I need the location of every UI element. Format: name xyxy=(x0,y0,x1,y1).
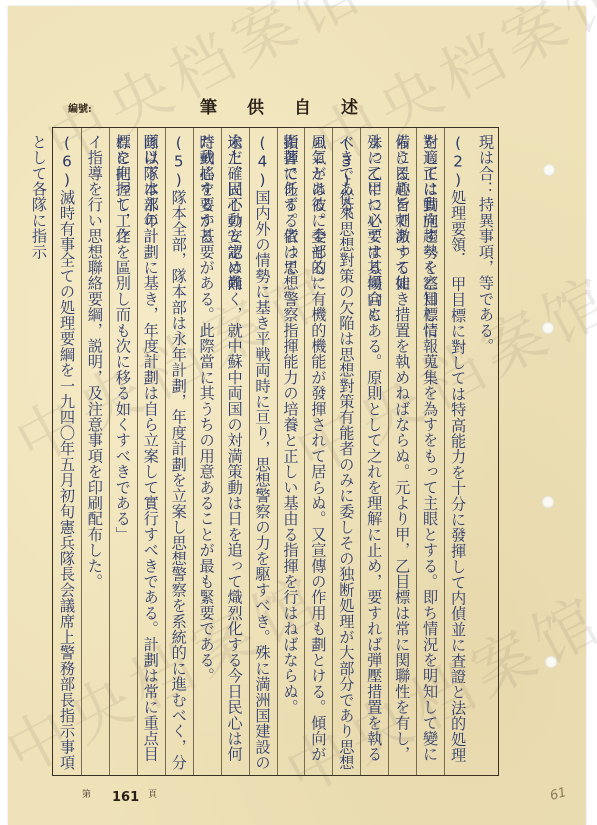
column-text: (2)処理要領． 甲目標に對しては特高能力を十分に發揮して内偵並に査證と法的処理… xyxy=(445,134,472,775)
column-text: だ戒心を要する要がある。此際當に其うちの用意あることが最も緊要である。 xyxy=(194,134,221,684)
text-column: だ戒心を要する要がある。此際當に其うちの用意あることが最も緊要である。 xyxy=(193,128,221,775)
column-text: れに向って工作を區別し而も次に移る如くすべきである」 xyxy=(110,134,137,542)
document-title: 筆供自述 xyxy=(200,93,388,118)
column-text: (4)国内外の情勢に基き平戦両時に亘り，思想警察の力を駆すべき。殊に満洲国建設の… xyxy=(250,134,277,775)
text-column: イ指導を行い思想聯絡要綱，説明，及注意事項を印刷配布した。 xyxy=(81,128,109,775)
column-text: イ指導を行い思想聯絡要綱，説明，及注意事項を印刷配布した。 xyxy=(82,134,109,589)
text-column: 風氣がある。全部的に有機的機能が發揮されて居らぬ。又宣傳の作用も劃とける。傾向が… xyxy=(304,128,332,775)
punch-hole xyxy=(542,496,554,508)
manuscript-grid: 現は合：持異事項，等である。(2)処理要領． 甲目標に對しては特高能力を十分に發… xyxy=(52,127,499,776)
column-text: (5)隊本全部，隊本部は永年計劃，年度計劃を立案し思想警察を系統的に進むべく，分… xyxy=(166,134,193,775)
text-column: (5)隊本全部，隊本部は永年計劃，年度計劃を立案し思想警察を系統的に進むべく，分… xyxy=(165,128,193,775)
column-text: 未だ確固不動と認め難く，就中蘇中両国の対満策動は日を追って熾烈化する今日民心は何… xyxy=(222,134,249,775)
serial-number-label: 編號: xyxy=(68,100,92,115)
column-text: 指揮に任ずる者は思想警察指揮能力の培養と正しい基由る指揮を行はねばならぬ。 xyxy=(278,134,305,715)
text-column: (3)從來思想對策の欠陥は思想對策有能者のみに委しその独断処理が大部分であり思想… xyxy=(332,128,360,775)
page-number: 161 xyxy=(112,790,139,805)
text-column: (4)国内外の情勢に基き平戦両時に亘り，思想警察の力を駆すべき。殊に満洲国建設の… xyxy=(249,128,277,775)
punch-hole xyxy=(542,322,554,334)
text-column: よって甲に必要する場合もある。原則として之れを理解に止め，要すれば弾壓措置を執る… xyxy=(360,128,388,775)
text-column: 對しては動向趨勢を察知し情報蒐集を為すをもって主眼とする。即ち情況を明知して變に… xyxy=(416,128,444,775)
column-text: 画は隊本部の計劃に基き，年度計劃は自ら立案して實行すべきである。計劃は常に重点目… xyxy=(138,134,165,775)
text-column: らに民心を刺激する如き措置を執めねばならぬ。元より甲，乙目標は常に関聯性を有し，… xyxy=(388,128,416,775)
text-column: 未だ確固不動と認め難く，就中蘇中両国の対満策動は日を追って熾烈化する今日民心は何… xyxy=(221,128,249,775)
text-column: 現は合：持異事項，等である。 xyxy=(472,128,500,775)
column-text: 風氣がある。全部的に有機的機能が發揮されて居らぬ。又宣傳の作用も劃とける。傾向が… xyxy=(305,134,332,775)
column-text: らに民心を刺激する如き措置を執めねばならぬ。元より甲，乙目標は常に関聯性を有し，… xyxy=(389,134,416,775)
text-column: れに向って工作を區別し而も次に移る如くすべきである」 xyxy=(109,128,137,775)
text-column: (6)滅時有事全ての処理要綱を一九四〇年五月初旬憲兵隊長会議席上警務部長指示事項… xyxy=(53,128,81,775)
punch-hole xyxy=(545,656,557,668)
column-text: 對しては動向趨勢を察知し情報蒐集を為すをもって主眼とする。即ち情況を明知して變に… xyxy=(417,134,444,775)
column-text: (3)從來思想對策の欠陥は思想對策有能者のみに委しその独断処理が大部分であり思想… xyxy=(333,134,360,775)
page-label-prefix: 第 xyxy=(82,787,91,800)
text-column: 指揮に任ずる者は思想警察指揮能力の培養と正しい基由る指揮を行はねばならぬ。 xyxy=(277,128,305,775)
page-label-suffix: 頁 xyxy=(148,787,157,800)
column-text: 現は合：持異事項，等である。 xyxy=(472,134,500,354)
text-column: 画は隊本部の計劃に基き，年度計劃は自ら立案して實行すべきである。計劃は常に重点目… xyxy=(137,128,165,775)
text-column: (2)処理要領． 甲目標に對しては特高能力を十分に發揮して内偵並に査證と法的処理… xyxy=(444,128,472,775)
column-text: よって甲に必要する場合もある。原則として之れを理解に止め，要すれば弾壓措置を執る… xyxy=(361,134,388,775)
punch-hole xyxy=(543,164,555,176)
column-text: (6)滅時有事全ての処理要綱を一九四〇年五月初旬憲兵隊長会議席上警務部長指示事項… xyxy=(53,134,81,775)
